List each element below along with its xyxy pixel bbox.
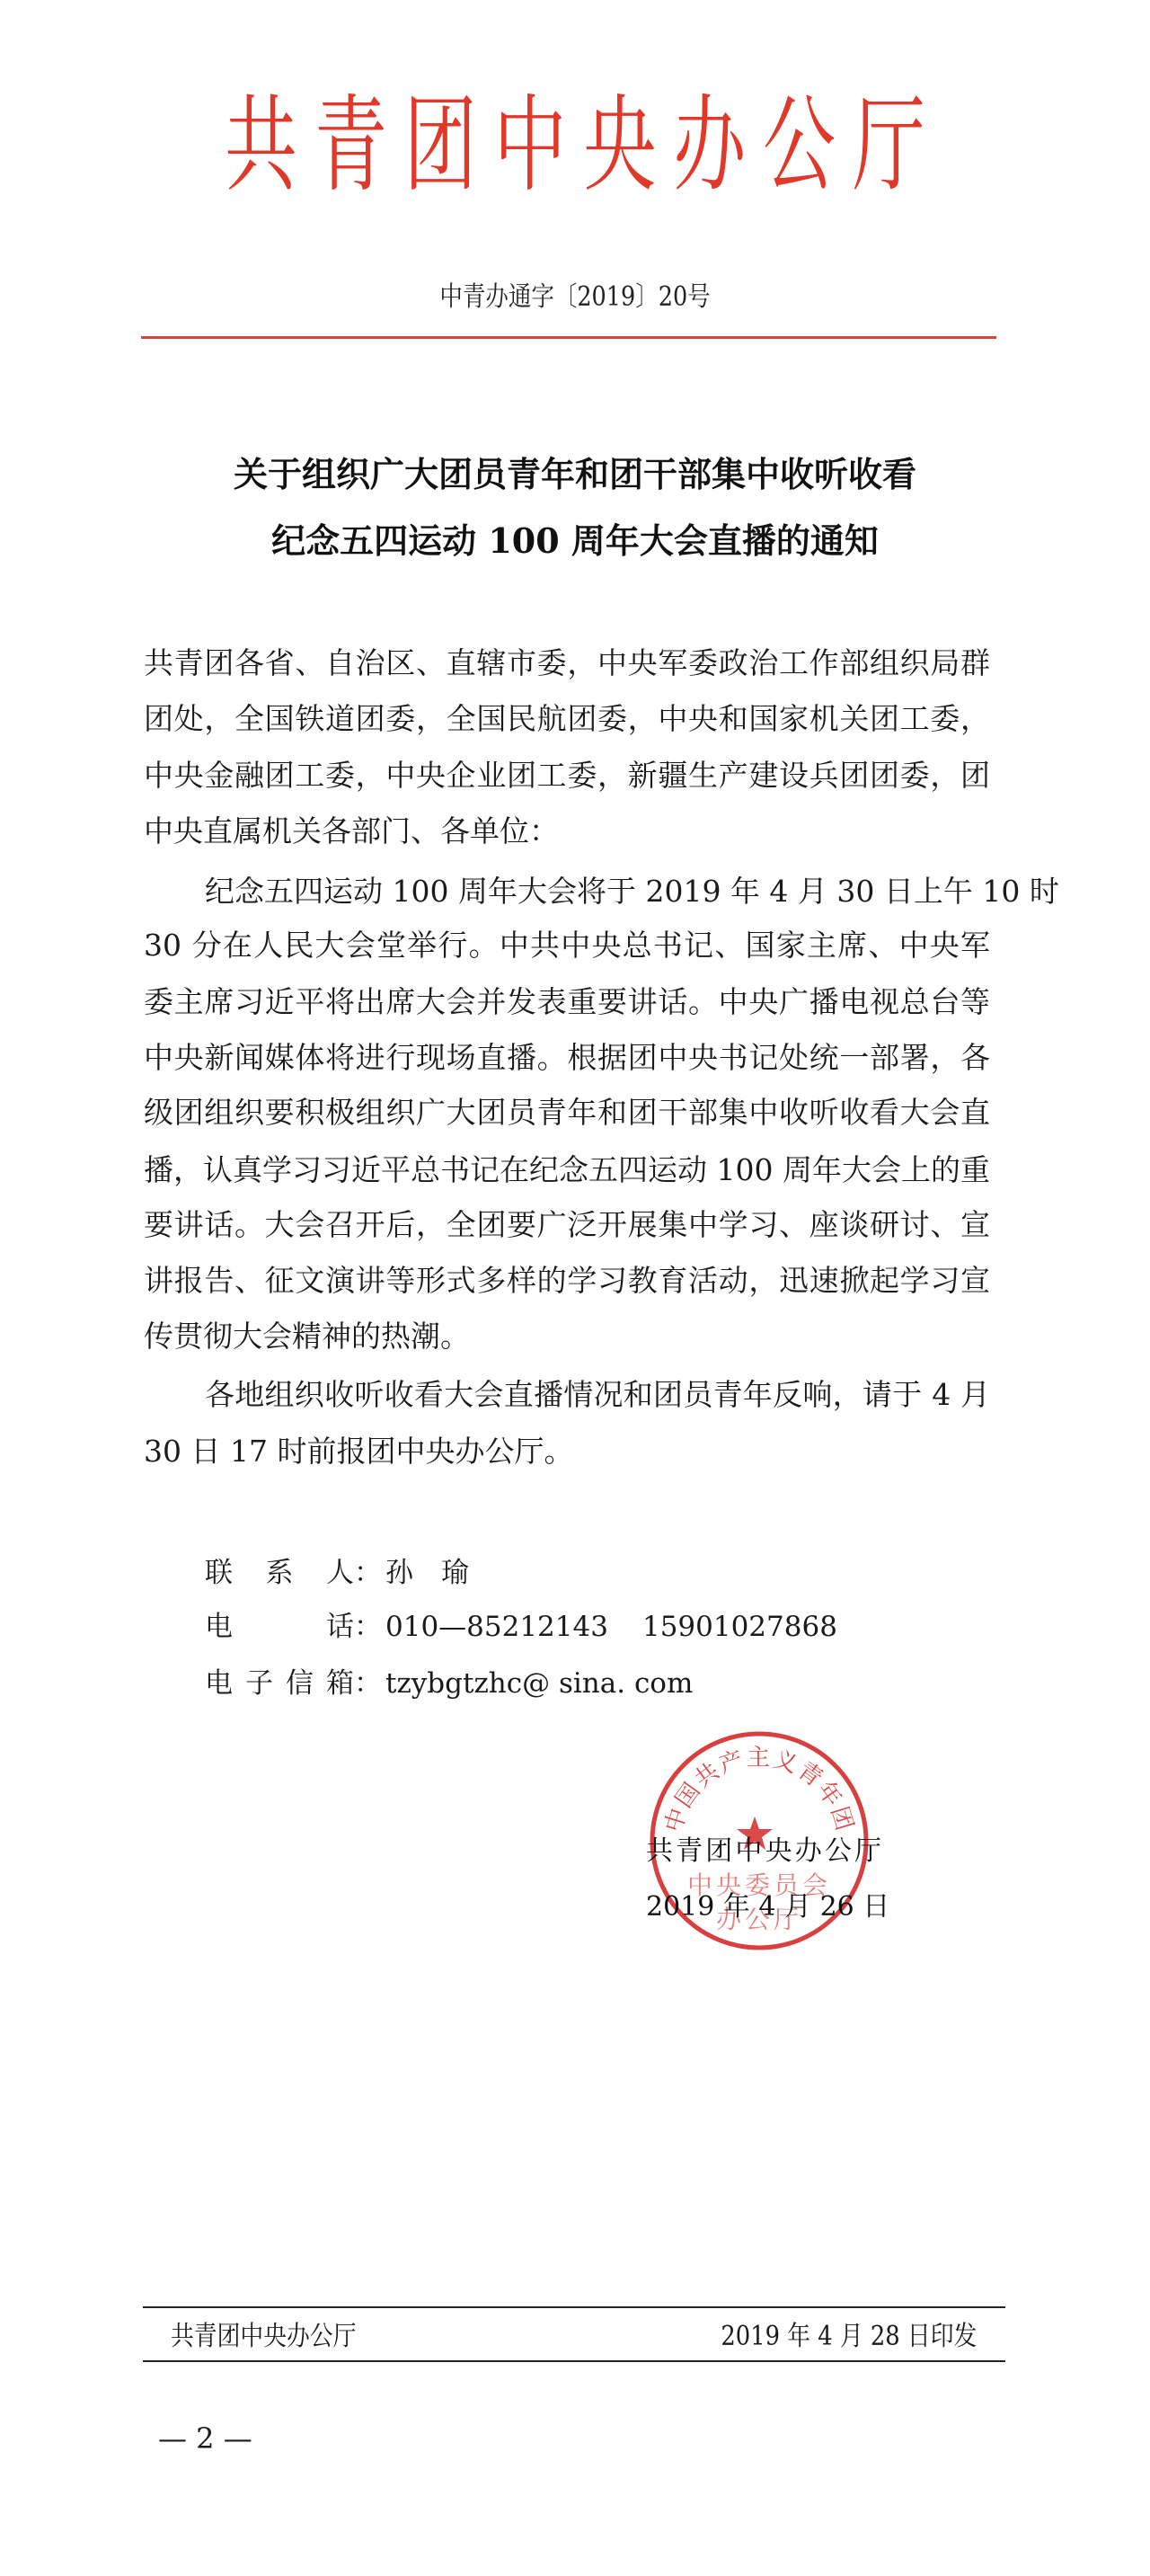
paragraph-line: 30 分在人民大会堂举行。中共中央总书记、国家主席、中央军 bbox=[144, 928, 990, 964]
contact-phone-landline: 010—85212143 bbox=[385, 1609, 608, 1645]
addressee-line: 中央金融团工委，中央企业团工委，新疆生产建设兵团团委，团 bbox=[144, 758, 990, 794]
footer-issuer: 共青团中央办公厅 bbox=[171, 2319, 356, 2355]
contact-email-label: 电子信箱 bbox=[205, 1666, 354, 1701]
colon: ： bbox=[354, 1667, 382, 1700]
addressee-line: 共青团各省、自治区、直辖市委，中央军委政治工作部组织局群 bbox=[144, 645, 990, 681]
colon: ： bbox=[354, 1611, 382, 1643]
colon: ： bbox=[354, 1557, 382, 1589]
contact-email: 电子信箱：tzybgtzhc@ sina. com bbox=[205, 1666, 693, 1701]
addressee-line: 中央直属机关各部门、各单位： bbox=[144, 813, 990, 849]
addressee-line: 团处，全国铁道团委，全国民航团委，中央和国家机关团工委， bbox=[144, 701, 990, 737]
contact-phone-label: 电话 bbox=[205, 1609, 354, 1645]
contact-phone-mobile: 15901027868 bbox=[642, 1609, 837, 1645]
paragraph-line: 中央新闻媒体将进行现场直播。根据团中央书记处统一部署，各 bbox=[144, 1040, 990, 1076]
paragraph-line: 纪念五四运动 100 周年大会将于 2019 年 4 月 30 日上午 10 时 bbox=[205, 874, 990, 910]
subject-line-1: 关于组织广大团员青年和团干部集中收听收看 bbox=[0, 453, 1150, 496]
paragraph-line: 30 日 17 时前报团中央办公厅。 bbox=[144, 1434, 990, 1470]
paragraph-line: 级团组织要积极组织广大团员青年和团干部集中收听收看大会直 bbox=[144, 1095, 990, 1131]
paragraph-line: 讲报告、征文演讲等形式多样的学习教育活动，迅速掀起学习宣 bbox=[144, 1263, 990, 1299]
signature-date: 2019 年 4 月 26 日 bbox=[646, 1889, 869, 1925]
masthead-char: 中 bbox=[485, 79, 575, 210]
paragraph-line: 播，认真学习习近平总书记在纪念五四运动 100 周年大会上的重 bbox=[144, 1152, 990, 1188]
paragraph-line: 委主席习近平将出席大会并发表重要讲话。中央广播电视总台等 bbox=[144, 984, 990, 1020]
masthead-char: 公 bbox=[755, 79, 845, 210]
masthead-title: 共青团中央办公厅 bbox=[217, 79, 934, 210]
contact-person: 联系人：孙 瑜 bbox=[205, 1555, 469, 1591]
masthead: 共青团中央办公厅 bbox=[0, 86, 1150, 203]
contact-email-value: tzybgtzhc@ sina. com bbox=[385, 1666, 693, 1701]
paragraph-line: 各地组织收听收看大会直播情况和团员青年反响，请于 4 月 bbox=[205, 1377, 990, 1413]
subject-line-2: 纪念五四运动 100 周年大会直播的通知 bbox=[0, 520, 1150, 563]
masthead-char: 青 bbox=[305, 79, 395, 210]
contact-person-label: 联系人 bbox=[205, 1555, 354, 1591]
masthead-char: 央 bbox=[575, 79, 665, 210]
document-number: 中青办通字〔2019〕20号 bbox=[86, 280, 1064, 315]
page-number: — 2 — bbox=[158, 2421, 252, 2456]
paragraph-line: 传贯彻大会精神的热潮。 bbox=[144, 1319, 990, 1355]
masthead-char: 共 bbox=[217, 79, 306, 210]
masthead-char: 办 bbox=[665, 79, 755, 210]
contact-phone: 电话：010—8521214315901027868 bbox=[205, 1609, 837, 1645]
masthead-char: 厅 bbox=[845, 79, 934, 210]
paragraph-line: 要讲话。大会召开后，全团要广泛开展集中学习、座谈研讨、宣 bbox=[144, 1207, 990, 1243]
red-separator-rule bbox=[141, 336, 996, 339]
contact-person-value: 孙 瑜 bbox=[385, 1555, 469, 1591]
footer-print-date: 2019 年 4 月 28 日印发 bbox=[721, 2319, 977, 2355]
footer-top-rule bbox=[143, 2306, 1005, 2308]
masthead-char: 团 bbox=[395, 79, 485, 210]
signature-issuer: 共青团中央办公厅 bbox=[646, 1834, 881, 1870]
footer-bottom-rule bbox=[143, 2360, 1005, 2362]
